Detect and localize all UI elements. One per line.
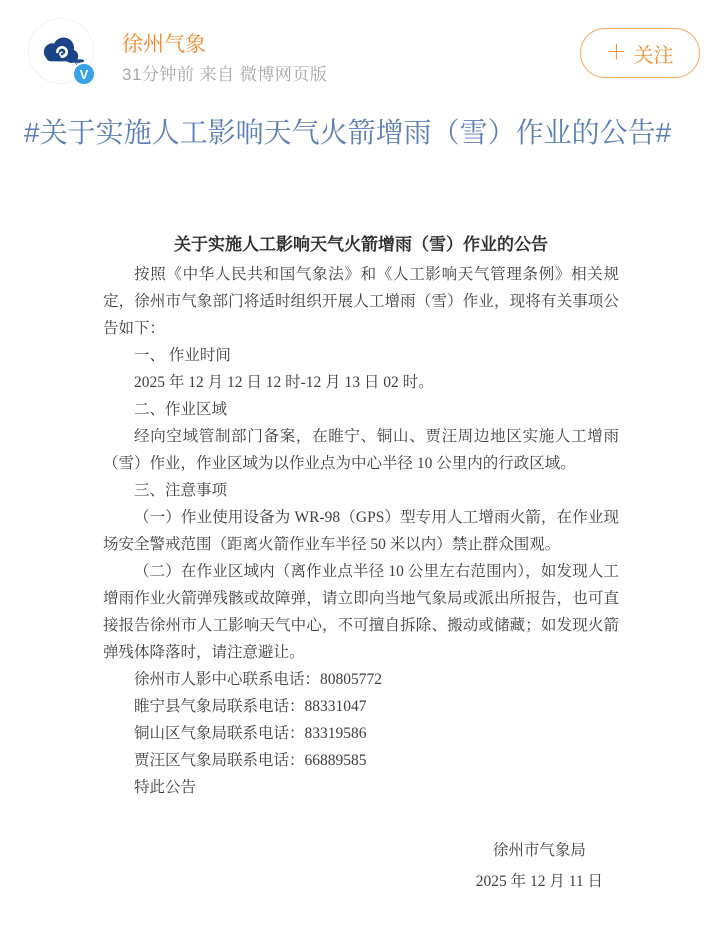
announcement-paragraph: 睢宁县气象局联系电话：88331047 <box>103 693 619 720</box>
announcement-paragraph: 一、 作业时间 <box>103 342 619 369</box>
follow-button-label: 关注 <box>634 39 674 68</box>
announcement-paragraph: 二、作业区域 <box>103 396 619 423</box>
author-name[interactable]: 徐州气象 <box>122 28 206 58</box>
announcement-paragraph: 铜山区气象局联系电话：83319586 <box>103 720 619 747</box>
announcement-signature: 徐州市气象局 <box>476 835 603 866</box>
post-meta: 31分钟前 来自 微博网页版 <box>122 60 327 85</box>
announcement-paragraph: （二）在作业区域内（离作业点半径 10 公里左右范围内），如发现人工增雨作业火箭… <box>103 558 619 666</box>
announcement-body: 按照《中华人民共和国气象法》和《人工影响天气管理条例》相关规定，徐州市气象部门将… <box>103 261 619 801</box>
announcement-signature-block: 徐州市气象局 2025 年 12 月 11 日 <box>103 835 619 897</box>
follow-button[interactable]: ＋ 关注 <box>580 28 700 78</box>
announcement-paragraph: 按照《中华人民共和国气象法》和《人工影响天气管理条例》相关规定，徐州市气象部门将… <box>103 261 619 342</box>
topic-link[interactable]: #关于实施人工影响天气火箭增雨（雪）作业的公告# <box>24 112 704 154</box>
announcement-title: 关于实施人工影响天气火箭增雨（雪）作业的公告 <box>103 231 619 258</box>
verified-badge-icon: V <box>72 62 96 86</box>
announcement-paragraph: 特此公告 <box>103 774 619 801</box>
announcement-image[interactable]: 关于实施人工影响天气火箭增雨（雪）作业的公告 按照《中华人民共和国气象法》和《人… <box>103 231 619 897</box>
announcement-paragraph: 徐州市人影中心联系电话：80805772 <box>103 666 619 693</box>
announcement-date: 2025 年 12 月 11 日 <box>476 866 603 897</box>
announcement-paragraph: 经向空域管制部门备案，在睢宁、铜山、贾汪周边地区实施人工增雨（雪）作业，作业区域… <box>103 423 619 477</box>
avatar[interactable]: V <box>28 18 94 84</box>
announcement-paragraph: 贾汪区气象局联系电话：66889585 <box>103 747 619 774</box>
announcement-paragraph: （一）作业使用设备为 WR-98（GPS）型专用人工增雨火箭，在作业现场安全警戒… <box>103 504 619 558</box>
post-header: V 徐州气象 31分钟前 来自 微博网页版 ＋ 关注 <box>0 0 720 100</box>
announcement-paragraph: 三、注意事项 <box>103 477 619 504</box>
announcement-paragraph: 2025 年 12 月 12 日 12 时-12 月 13 日 02 时。 <box>103 369 619 396</box>
plus-icon: ＋ <box>607 43 627 63</box>
weibo-post-page: V 徐州气象 31分钟前 来自 微博网页版 ＋ 关注 #关于实施人工影响天气火箭… <box>0 0 720 952</box>
